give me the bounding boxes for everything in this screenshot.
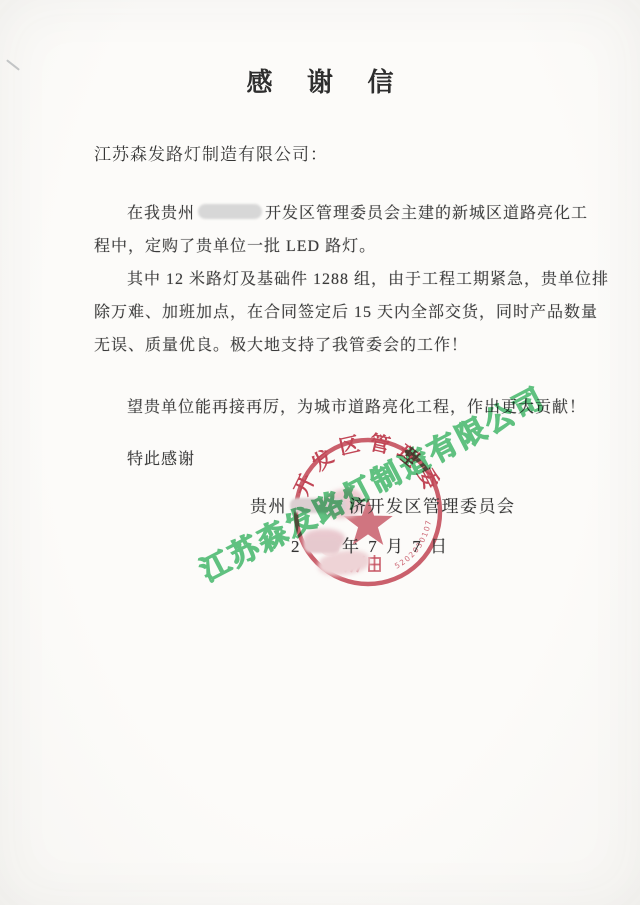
body-line: 无误、质量优良。极大地支持了我管委会的工作！ xyxy=(94,329,556,362)
redaction-patch-gray xyxy=(198,204,262,219)
body-line: 除万难、加班加点，在合同签定后 15 天内全部交货，同时产品数量 xyxy=(94,296,556,329)
redaction-patch-date xyxy=(304,538,340,553)
addressee-line: 江苏森发路灯制造有限公司： xyxy=(94,140,328,165)
date-text: 年 7 月 7 日 xyxy=(342,537,450,556)
scanned-letter-page: 感 谢 信 江苏森发路灯制造有限公司： 在我贵州开发区管理委员会主建的新城区道路… xyxy=(0,0,640,905)
letter-title: 感 谢 信 xyxy=(0,62,640,99)
body-line: 程中，定购了贵单位一批 LED 路灯。 xyxy=(94,230,556,263)
body-line: 在我贵州开发区管理委员会主建的新城区道路亮化工 xyxy=(94,197,556,230)
body-text: 在我贵州 xyxy=(127,205,195,222)
paragraph-1: 在我贵州开发区管理委员会主建的新城区道路亮化工 程中，定购了贵单位一批 LED … xyxy=(94,197,556,263)
body-text: 开发区管理委员会主建的新城区道路亮化工 xyxy=(265,205,588,222)
paragraph-2: 其中 12 米路灯及基础件 1288 组，由于工程工期紧急，贵单位排 除万难、加… xyxy=(94,263,556,362)
body-line: 其中 12 米路灯及基础件 1288 组，由于工程工期紧急，贵单位排 xyxy=(94,263,556,296)
